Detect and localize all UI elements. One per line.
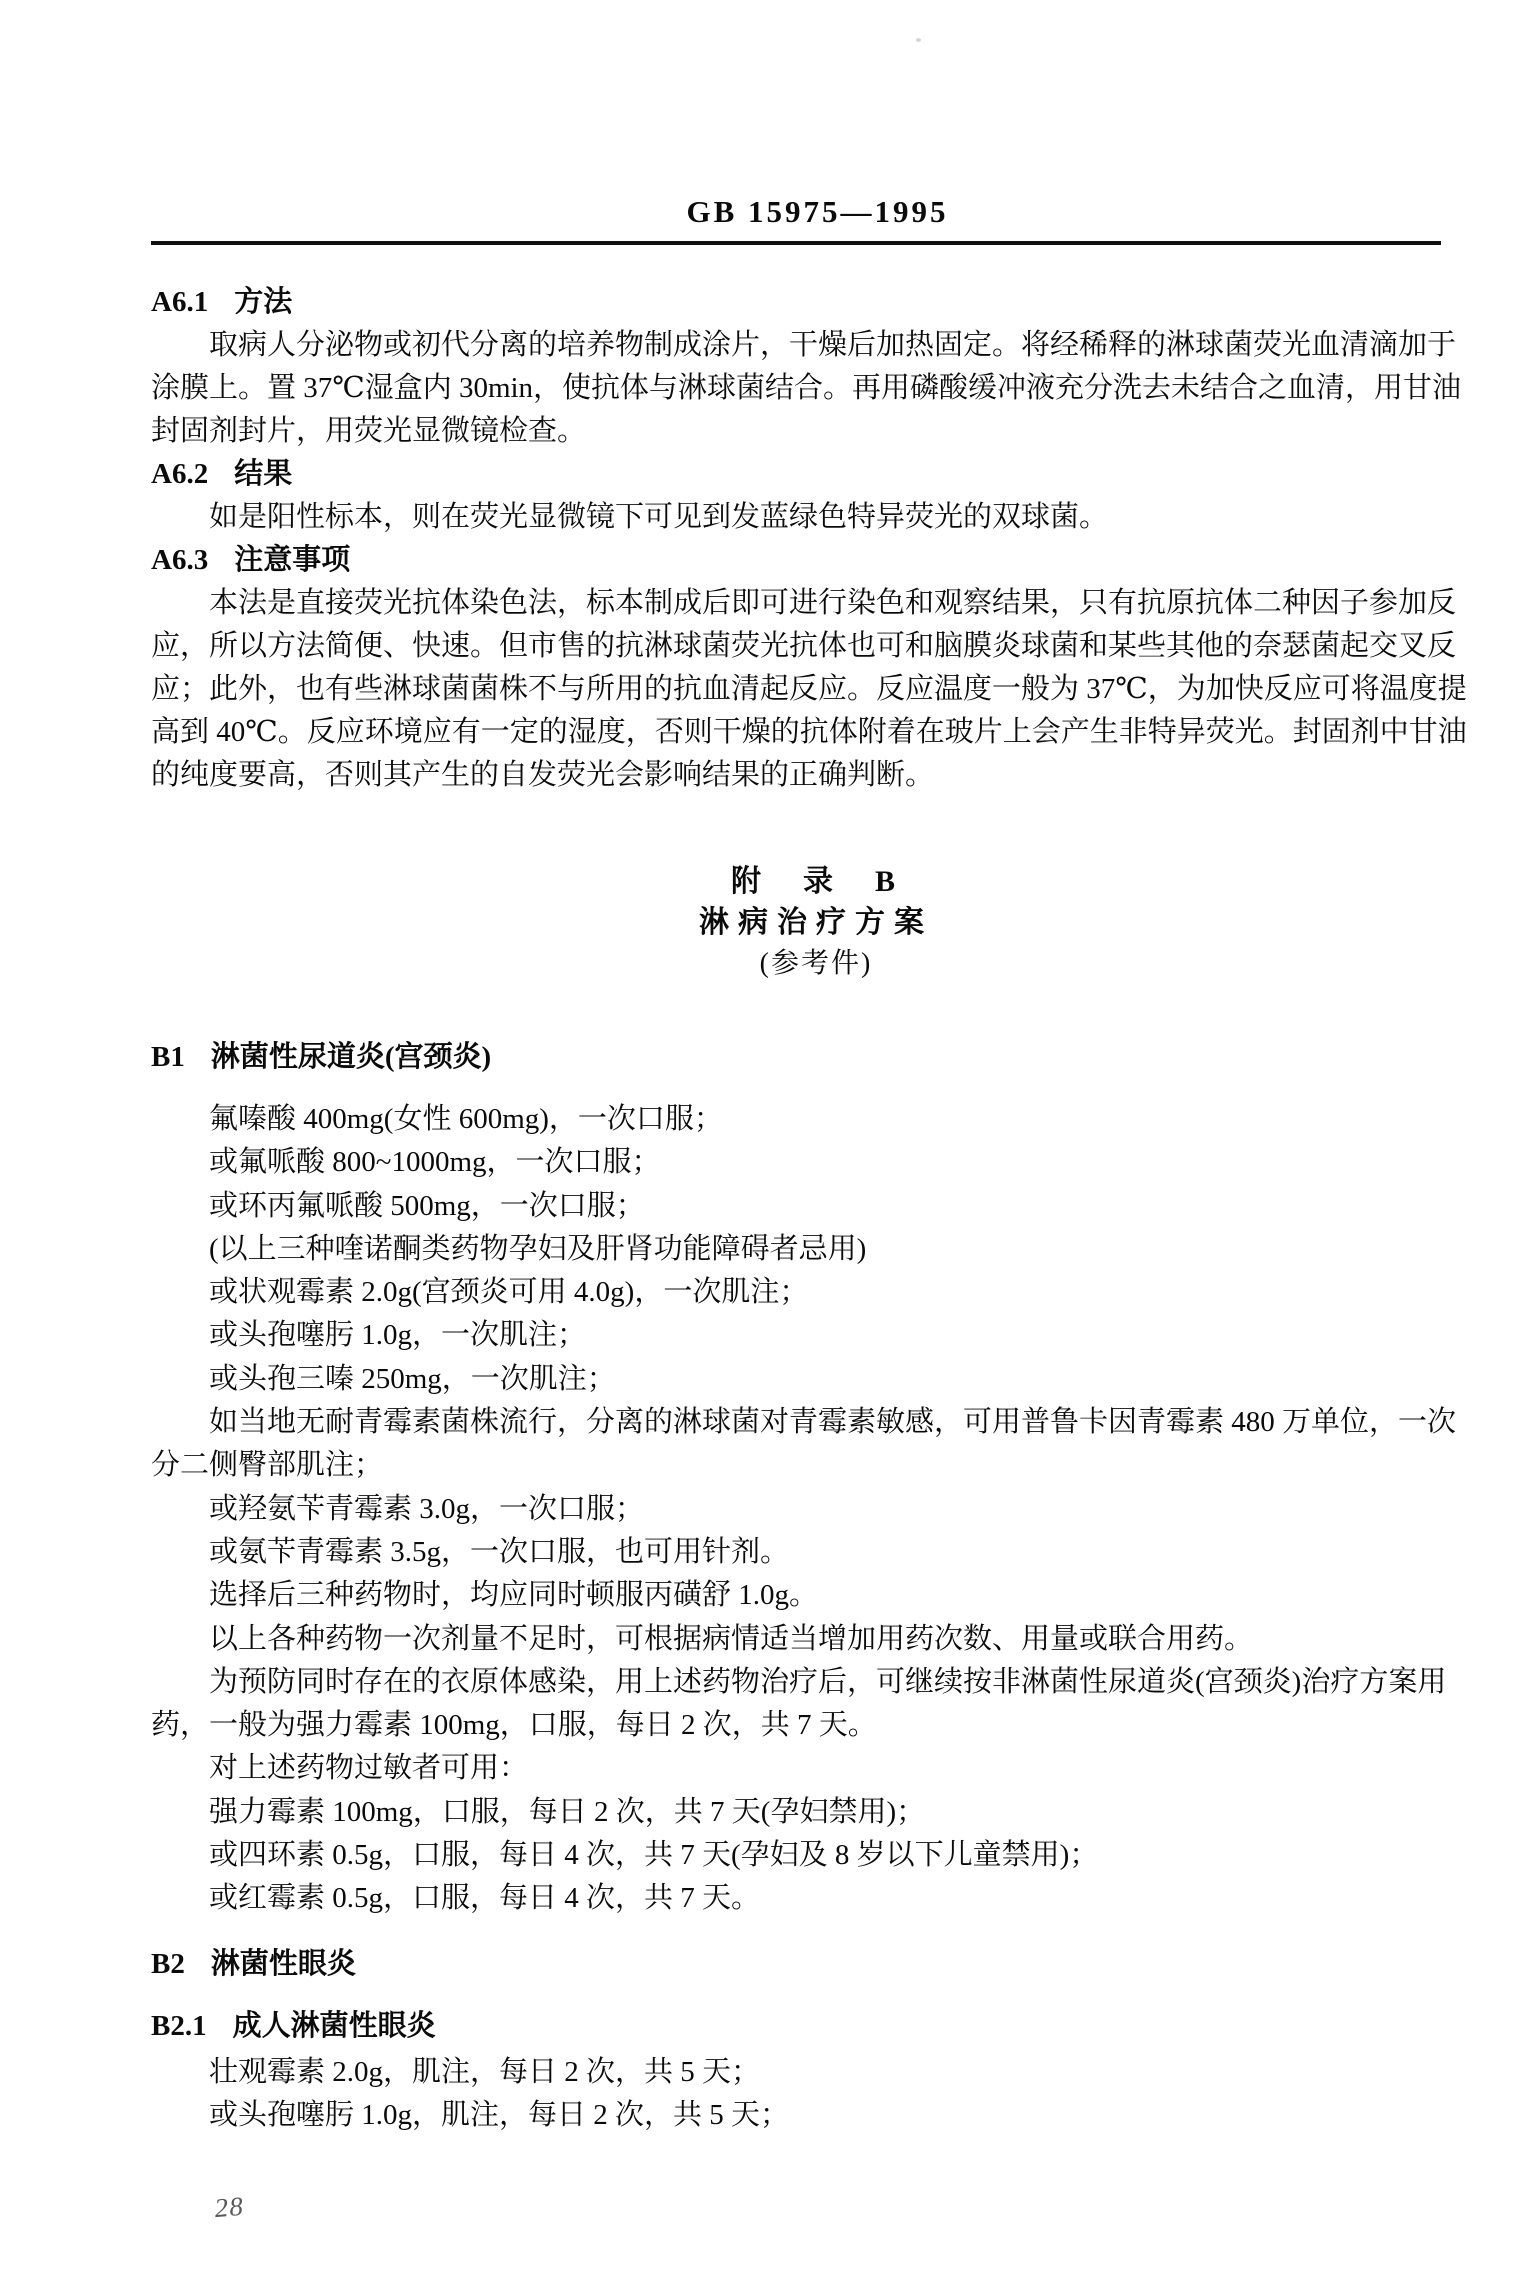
treatment-line: 为预防同时存在的衣原体感染，用上述药物治疗后，可继续按非淋菌性尿道炎(宫颈炎)治… xyxy=(151,1661,1481,1704)
appendix-b-subtitle: 淋病治疗方案 xyxy=(151,902,1481,943)
appendix-b-title-block: 附 录 B 淋病治疗方案 (参考件) xyxy=(151,861,1481,984)
section-title-a6-1: 方法 xyxy=(234,286,292,318)
treatment-line: 如当地无耐青霉素菌株流行，分离的淋球菌对青霉素敏感，可用普鲁卡因青霉素 480 … xyxy=(151,1401,1481,1444)
treatment-line: 或状观霉素 2.0g(宫颈炎可用 4.0g)，一次肌注； xyxy=(151,1271,1481,1314)
paragraph-line: 的纯度要高，否则其产生的自发荧光会影响结果的正确判断。 xyxy=(151,754,1481,797)
section-number-a6-1: A6.1 xyxy=(151,281,208,324)
standard-code-header: GB 15975—1995 xyxy=(173,194,1462,230)
section-number-b2: B2 xyxy=(151,1943,185,1986)
section-heading-b1: B1淋菌性尿道炎(宫颈炎) xyxy=(151,1036,1481,1079)
section-number-b1: B1 xyxy=(151,1036,185,1079)
b2-1-treatment-list: 壮观霉素 2.0g，肌注，每日 2 次，共 5 天； 或头孢噻肟 1.0g，肌注… xyxy=(151,2051,1481,2138)
header-rule xyxy=(151,241,1441,245)
b1-treatment-list: 氟嗪酸 400mg(女性 600mg)，一次口服； 或氟哌酸 800~1000m… xyxy=(151,1098,1481,1921)
appendix-b-note: (参考件) xyxy=(151,943,1481,984)
section-heading-a6-3: A6.3注意事项 xyxy=(151,539,1481,582)
page-number: 28 xyxy=(213,2191,245,2224)
section-title-b2-1: 成人淋菌性眼炎 xyxy=(233,2010,436,2042)
treatment-line: 或红霉素 0.5g，口服，每日 4 次，共 7 天。 xyxy=(151,1877,1481,1920)
scan-artifact-dot xyxy=(916,38,921,42)
section-title-a6-2: 结果 xyxy=(234,458,292,490)
paragraph-line: 高到 40℃。反应环境应有一定的湿度，否则干燥的抗体附着在玻片上会产生非特异荧光… xyxy=(151,711,1481,754)
section-heading-b2-1: B2.1成人淋菌性眼炎 xyxy=(151,2005,1481,2048)
treatment-line: 选择后三种药物时，均应同时顿服丙磺舒 1.0g。 xyxy=(151,1574,1481,1617)
treatment-line: 对上述药物过敏者可用： xyxy=(151,1747,1481,1790)
paragraph-line: 涂膜上。置 37℃湿盒内 30min，使抗体与淋球菌结合。再用磷酸缓冲液充分洗去… xyxy=(151,367,1481,410)
section-heading-a6-1: A6.1方法 xyxy=(151,281,1481,324)
treatment-line: 或四环素 0.5g，口服，每日 4 次，共 7 天(孕妇及 8 岁以下儿童禁用)… xyxy=(151,1834,1481,1877)
paragraph-line: 取病人分泌物或初代分离的培养物制成涂片，干燥后加热固定。将经稀释的淋球菌荧光血清… xyxy=(151,324,1481,367)
section-heading-a6-2: A6.2结果 xyxy=(151,453,1481,496)
paragraph-line: 如是阳性标本，则在荧光显微镜下可见到发蓝绿色特异荧光的双球菌。 xyxy=(151,496,1481,539)
paragraph-line: 应；此外，也有些淋球菌菌株不与所用的抗血清起反应。反应温度一般为 37℃，为加快… xyxy=(151,668,1481,711)
section-number-b2-1: B2.1 xyxy=(151,2005,207,2048)
treatment-line: 以上各种药物一次剂量不足时，可根据病情适当增加用药次数、用量或联合用药。 xyxy=(151,1618,1481,1661)
section-number-a6-3: A6.3 xyxy=(151,539,208,582)
treatment-line: 或头孢三嗪 250mg，一次肌注； xyxy=(151,1358,1481,1401)
treatment-line: 或氟哌酸 800~1000mg，一次口服； xyxy=(151,1141,1481,1184)
appendix-b-title: 附 录 B xyxy=(151,861,1481,902)
treatment-line: 氟嗪酸 400mg(女性 600mg)，一次口服； xyxy=(151,1098,1481,1141)
treatment-line: (以上三种喹诺酮类药物孕妇及肝肾功能障碍者忌用) xyxy=(151,1228,1481,1271)
treatment-line: 或羟氨苄青霉素 3.0g，一次口服； xyxy=(151,1488,1481,1531)
treatment-line: 或氨苄青霉素 3.5g，一次口服，也可用针剂。 xyxy=(151,1531,1481,1574)
document-page: GB 15975—1995 A6.1方法 取病人分泌物或初代分离的培养物制成涂片… xyxy=(0,0,1536,2285)
treatment-line: 分二侧臀部肌注； xyxy=(151,1444,1481,1487)
treatment-line: 强力霉素 100mg，口服，每日 2 次，共 7 天(孕妇禁用)； xyxy=(151,1791,1481,1834)
treatment-line: 或头孢噻肟 1.0g，一次肌注； xyxy=(151,1314,1481,1357)
treatment-line: 或环丙氟哌酸 500mg，一次口服； xyxy=(151,1185,1481,1228)
treatment-line: 壮观霉素 2.0g，肌注，每日 2 次，共 5 天； xyxy=(151,2051,1481,2094)
treatment-line: 或头孢噻肟 1.0g，肌注，每日 2 次，共 5 天； xyxy=(151,2094,1481,2137)
document-body: A6.1方法 取病人分泌物或初代分离的培养物制成涂片，干燥后加热固定。将经稀释的… xyxy=(151,281,1481,2137)
section-title-a6-3: 注意事项 xyxy=(234,544,350,576)
treatment-line: 药，一般为强力霉素 100mg，口服，每日 2 次，共 7 天。 xyxy=(151,1704,1481,1747)
section-heading-b2: B2淋菌性眼炎 xyxy=(151,1943,1481,1986)
paragraph-line: 应，所以方法简便、快速。但市售的抗淋球菌荧光抗体也可和脑膜炎球菌和某些其他的奈瑟… xyxy=(151,625,1481,668)
paragraph-line: 封固剂封片，用荧光显微镜检查。 xyxy=(151,410,1481,453)
section-number-a6-2: A6.2 xyxy=(151,453,208,496)
paragraph-line: 本法是直接荧光抗体染色法，标本制成后即可进行染色和观察结果，只有抗原抗体二种因子… xyxy=(151,582,1481,625)
section-title-b1: 淋菌性尿道炎(宫颈炎) xyxy=(211,1041,491,1073)
section-title-b2: 淋菌性眼炎 xyxy=(211,1948,356,1980)
